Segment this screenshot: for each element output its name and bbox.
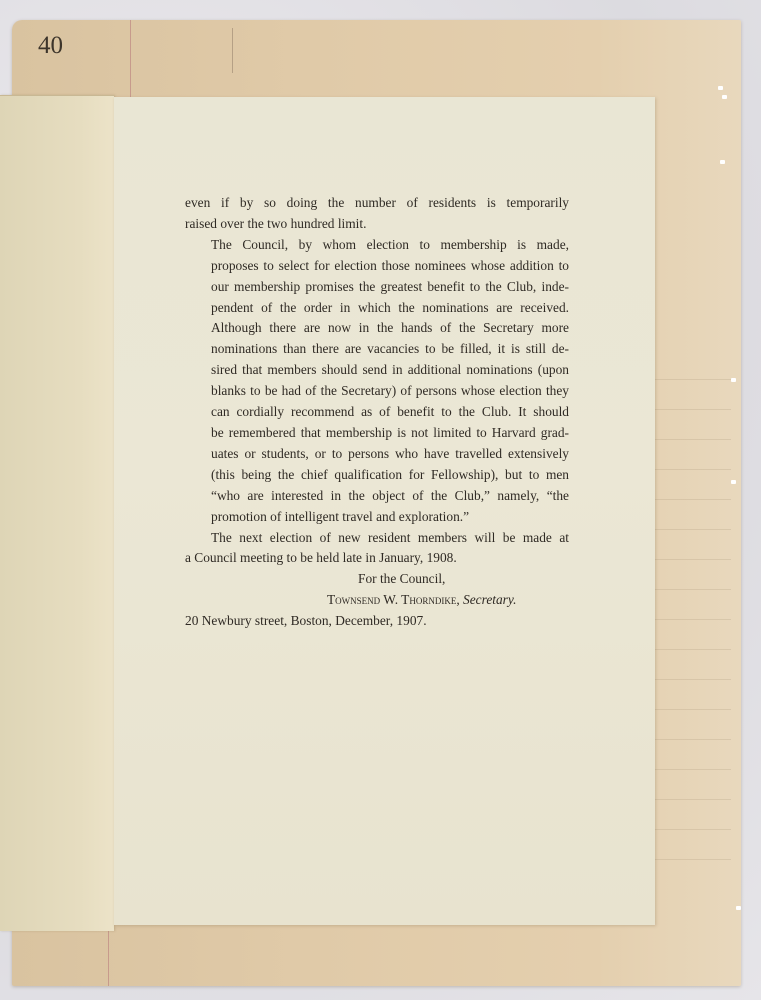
edge-nick — [722, 95, 727, 99]
secretary-name: Townsend W. Thorndike — [327, 592, 456, 607]
paper-crease — [232, 28, 233, 73]
edge-nick — [720, 160, 725, 164]
text-line: our membership promises the greatest ben… — [185, 277, 569, 298]
text-line: uates or students, or to persons who hav… — [185, 444, 569, 465]
text-line: can cordially recommend as of benefit to… — [185, 402, 569, 423]
paragraph-3: The next election of new resident member… — [185, 528, 569, 570]
text-line: be remembered that membership is not lim… — [185, 423, 569, 444]
page-body-text: even if by so doing the number of reside… — [185, 193, 569, 632]
text-line: proposes to select for election those no… — [185, 256, 569, 277]
text-line: (this being the chief qualification for … — [185, 465, 569, 486]
paragraph-2: The Council, by whom election to members… — [185, 235, 569, 528]
edge-nick — [718, 86, 723, 90]
text-line: sired that members should send in additi… — [185, 360, 569, 381]
text-line: “who are interested in the object of the… — [185, 486, 569, 507]
text-line: The Council, by whom election to members… — [185, 235, 569, 256]
text-line: Although there are now in the hands of t… — [185, 318, 569, 339]
text-line: pendent of the order in which the nomina… — [185, 298, 569, 319]
signoff-name-line: Townsend W. Thorndike, Secretary. — [327, 590, 569, 611]
edge-nick — [731, 378, 736, 382]
text-line: nominations than there are vacancies to … — [185, 339, 569, 360]
text-line: even if by so doing the number of reside… — [185, 193, 569, 214]
edge-nick — [736, 906, 741, 910]
address-date-line: 20 Newbury street, Boston, December, 190… — [185, 611, 569, 632]
text-line: a Council meeting to be held late in Jan… — [185, 548, 569, 569]
printed-page: even if by so doing the number of reside… — [114, 97, 655, 925]
secretary-title: Secretary. — [463, 592, 516, 607]
signoff: For the Council, Townsend W. Thorndike, … — [185, 569, 569, 611]
signoff-for-line: For the Council, — [358, 569, 569, 590]
page-number: 40 — [38, 32, 63, 60]
edge-nick — [731, 480, 736, 484]
paragraph-1: even if by so doing the number of reside… — [185, 193, 569, 235]
text-line: blanks to be had of the Secretary) of pe… — [185, 381, 569, 402]
text-line: The next election of new resident member… — [185, 528, 569, 549]
text-line: raised over the two hundred limit. — [185, 214, 569, 235]
red-margin-rule — [130, 20, 131, 98]
text-line: promotion of intelligent travel and expl… — [185, 507, 569, 528]
folded-left-sheet — [0, 95, 114, 931]
